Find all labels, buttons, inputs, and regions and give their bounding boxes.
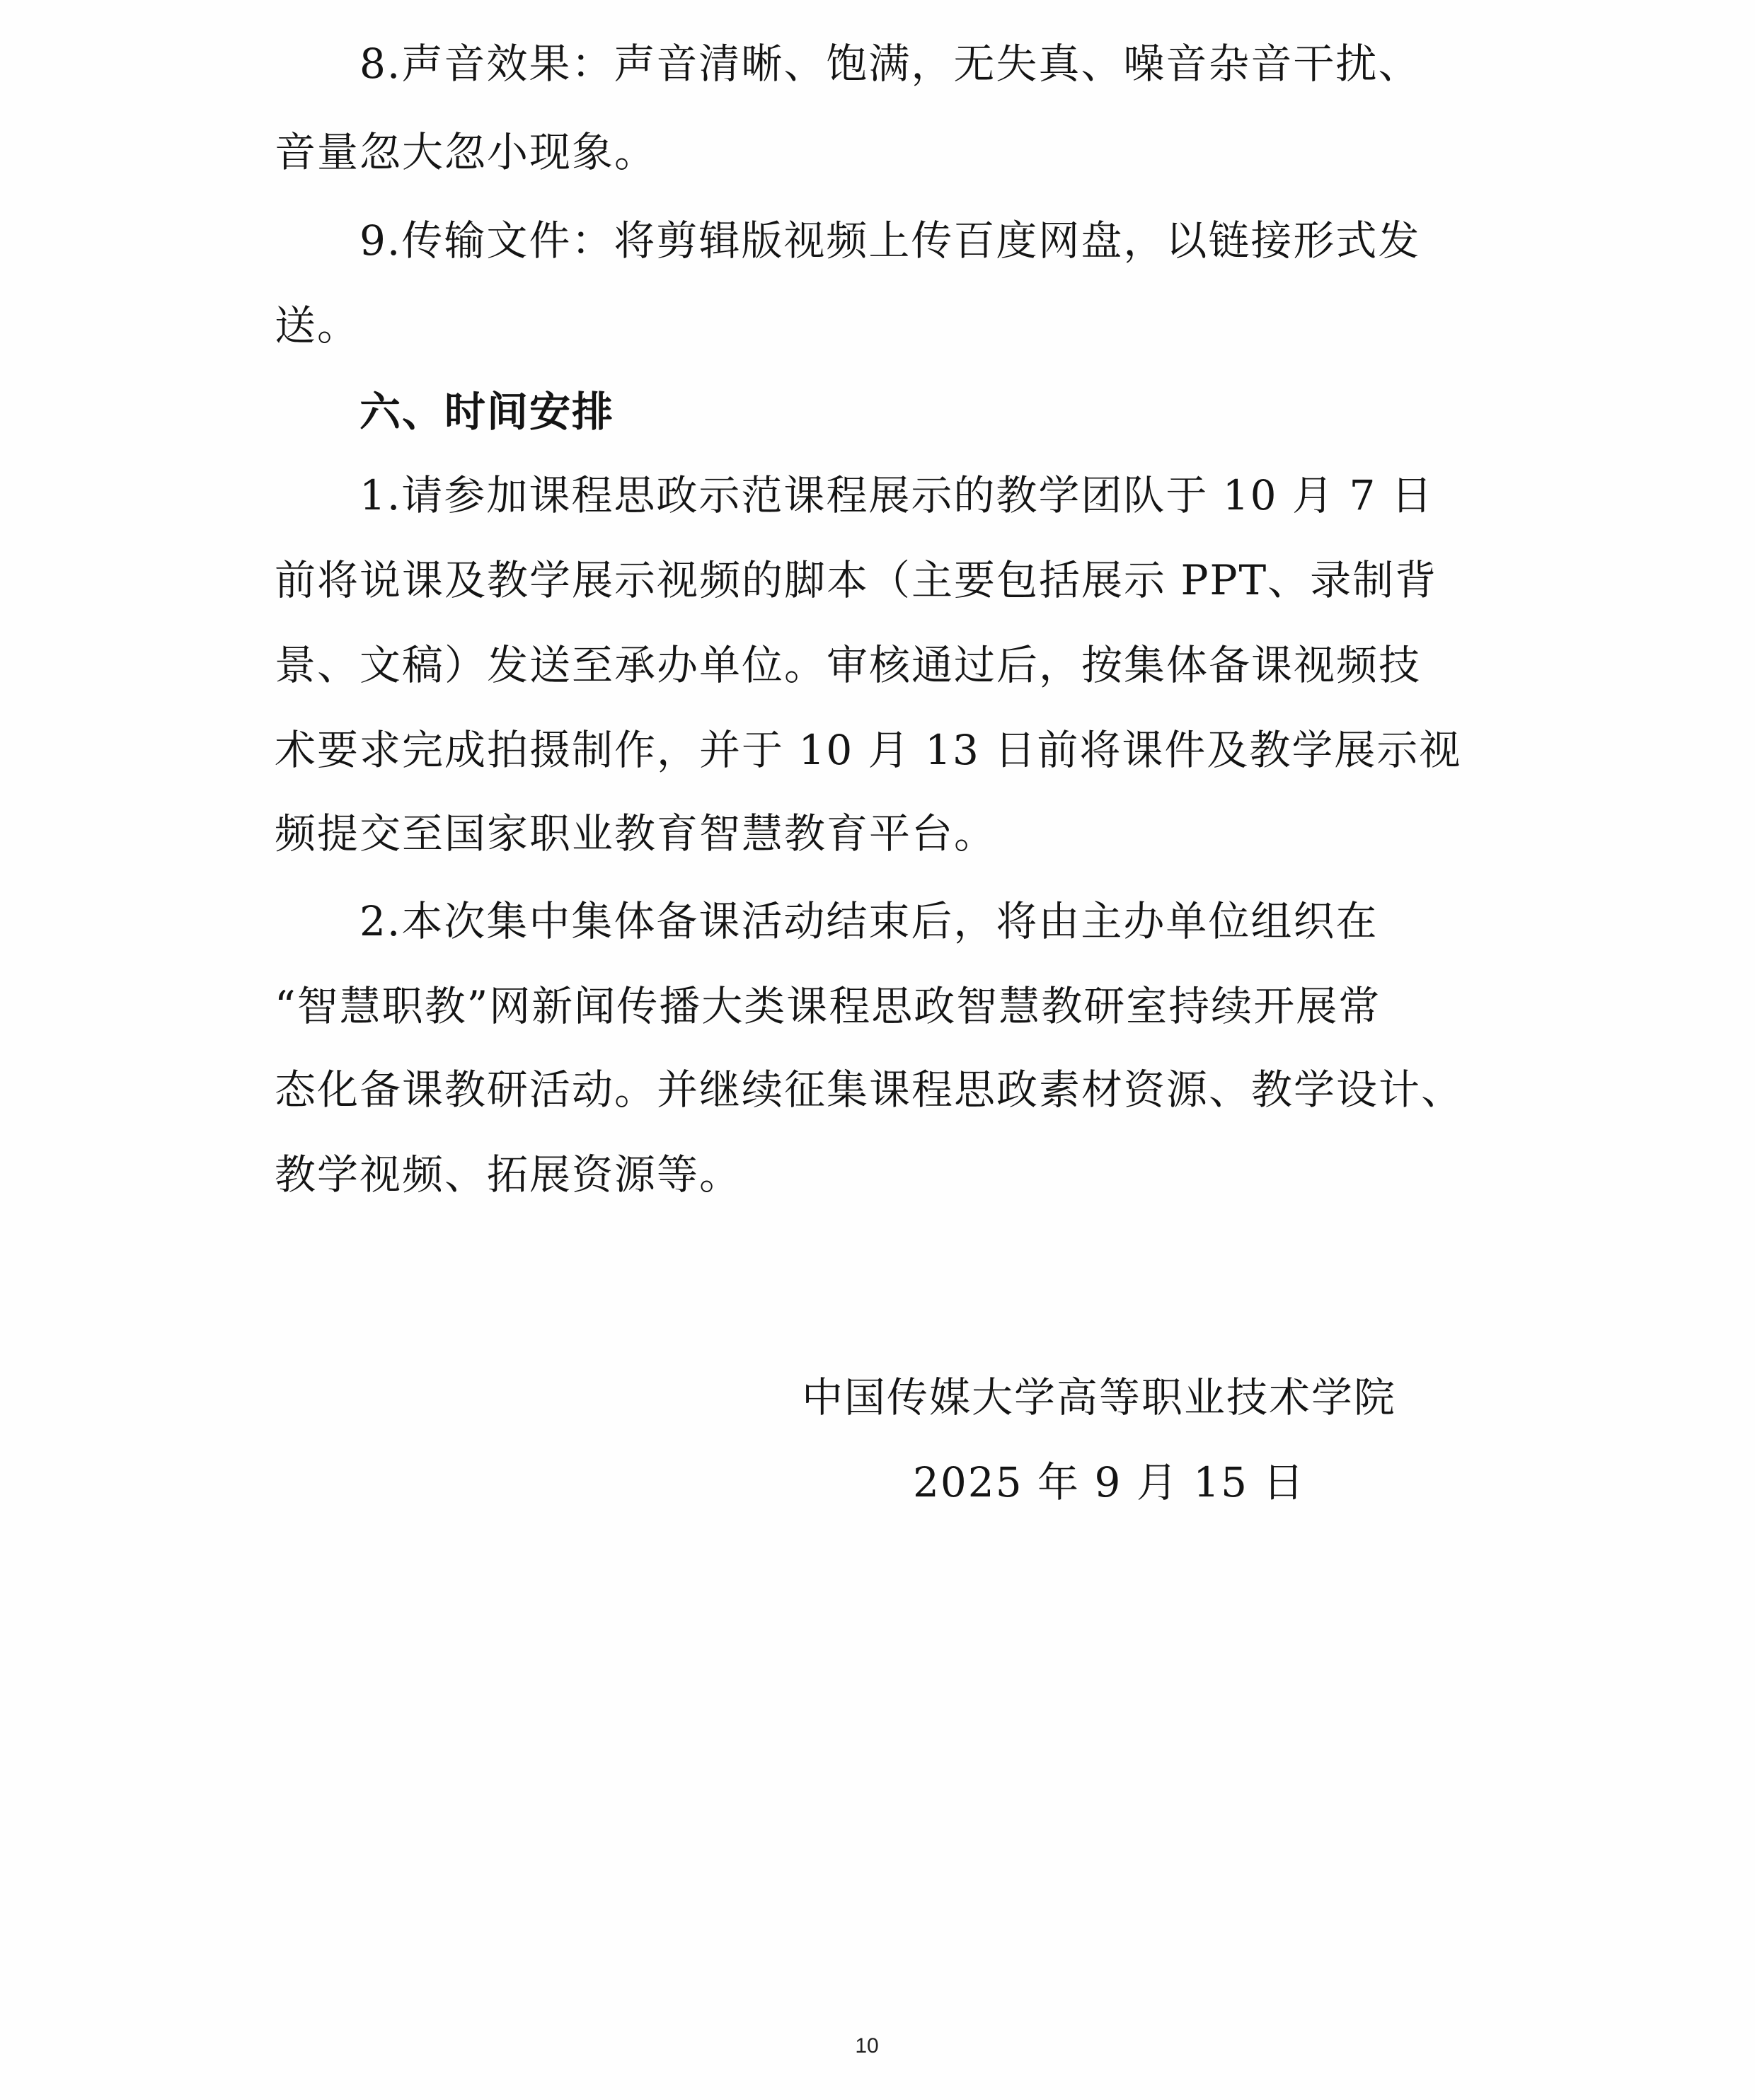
para-1-line-4: 术要求完成拍摄制作，并于 10 月 13 日前将课件及教学展示视 xyxy=(275,722,1461,778)
para-2-line-2: “智慧职教”网新闻传播大类课程思政智慧教研室持续开展常 xyxy=(275,978,1381,1034)
para-2-line-3: 态化备课教研活动。并继续征集课程思政素材资源、教学设计、 xyxy=(275,1061,1463,1118)
para-1-line-3: 景、文稿）发送至承办单位。审核通过后，按集体备课视频技 xyxy=(275,637,1421,693)
item-8-line-1: 8.声音效果：声音清晰、饱满，无失真、噪音杂音干扰、 xyxy=(359,35,1455,92)
signature-date: 2025 年 9 月 15 日 xyxy=(913,1454,1306,1511)
signature-organization: 中国传媒大学高等职业技术学院 xyxy=(802,1369,1396,1426)
item-9-line-1: 9.传输文件：将剪辑版视频上传百度网盘，以链接形式发 xyxy=(359,212,1455,269)
para-2-line-1: 2.本次集中集体备课活动结束后，将由主办单位组织在 xyxy=(359,893,1378,950)
section-heading-time-schedule: 六、时间安排 xyxy=(359,383,614,440)
item-8-line-2: 音量忽大忽小现象。 xyxy=(275,124,657,180)
para-1-line-1: 1.请参加课程思政示范课程展示的教学团队于 10 月 7 日 xyxy=(359,467,1434,524)
para-2-line-4: 教学视频、拓展资源等。 xyxy=(275,1146,742,1203)
para-1-line-5: 频提交至国家职业教育智慧教育平台。 xyxy=(275,805,996,862)
page-number: 10 xyxy=(846,2034,888,2058)
item-9-line-2: 送。 xyxy=(275,297,359,354)
document-page: 8.声音效果：声音清晰、饱满，无失真、噪音杂音干扰、 音量忽大忽小现象。 9.传… xyxy=(0,0,1755,2100)
para-1-line-2: 前将说课及教学展示视频的脚本（主要包括展示 PPT、录制背 xyxy=(275,552,1437,608)
